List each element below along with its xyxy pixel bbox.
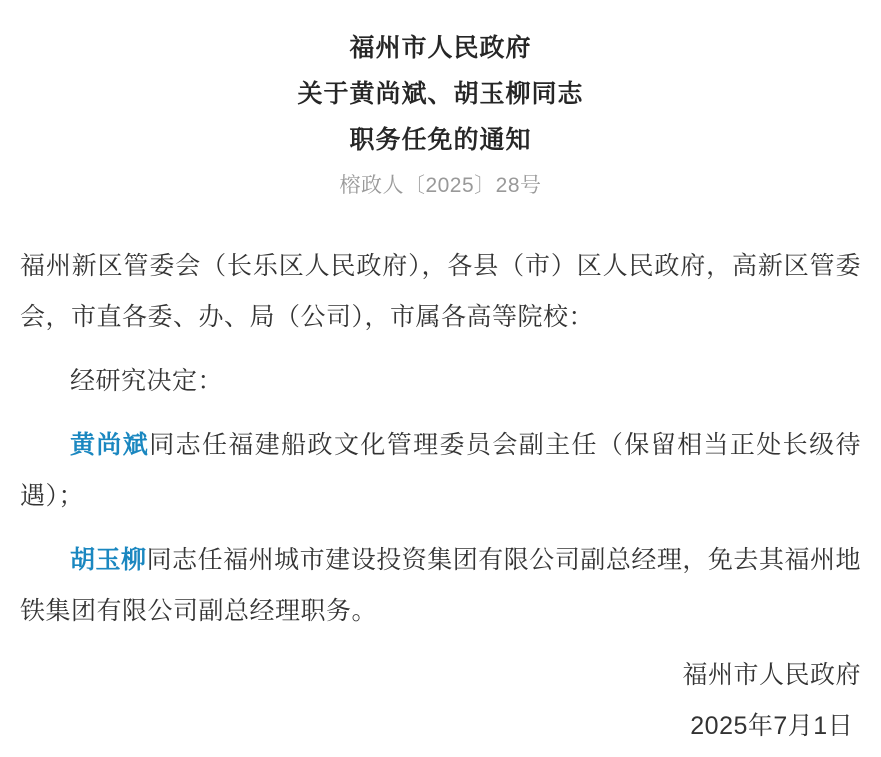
doc-body: 福州新区管委会（长乐区人民政府），各县（市）区人民政府，高新区管委会，市直各委、… [20,241,861,637]
appointment-text-hu: 同志任福州城市建设投资集团有限公司副总经理，免去其福州地铁集团有限公司副总经理职… [20,546,861,625]
salutation-paragraph: 福州新区管委会（长乐区人民政府），各县（市）区人民政府，高新区管委会，市直各委、… [20,241,861,343]
signature-issuer: 福州市人民政府 [682,650,861,701]
doc-number: 榕政人〔2025〕28号 [20,163,861,209]
appointment-paragraph-huang: 黄尚斌同志任福建船政文化管理委员会副主任（保留相当正处长级待遇）； [20,420,861,522]
person-name-link-huang[interactable]: 黄尚斌 [70,431,149,459]
decision-intro-paragraph: 经研究决定： [20,356,861,407]
signature-date: 2025年7月1日 [682,701,861,752]
person-name-link-hu[interactable]: 胡玉柳 [70,546,147,574]
notice-document: 福州市人民政府 关于黄尚斌、胡玉柳同志 职务任免的通知 榕政人〔2025〕28号… [0,0,881,752]
appointment-paragraph-hu: 胡玉柳同志任福州城市建设投资集团有限公司副总经理，免去其福州地铁集团有限公司副总… [20,535,861,637]
doc-title-line-2: 关于黄尚斌、胡玉柳同志 [20,71,861,117]
doc-title-line-1: 福州市人民政府 [20,25,861,71]
signature-area: 福州市人民政府 2025年7月1日 [20,650,861,752]
signature-block: 福州市人民政府 2025年7月1日 [682,650,861,752]
doc-header: 福州市人民政府 关于黄尚斌、胡玉柳同志 职务任免的通知 榕政人〔2025〕28号 [20,25,861,209]
doc-title-line-3: 职务任免的通知 [20,117,861,163]
